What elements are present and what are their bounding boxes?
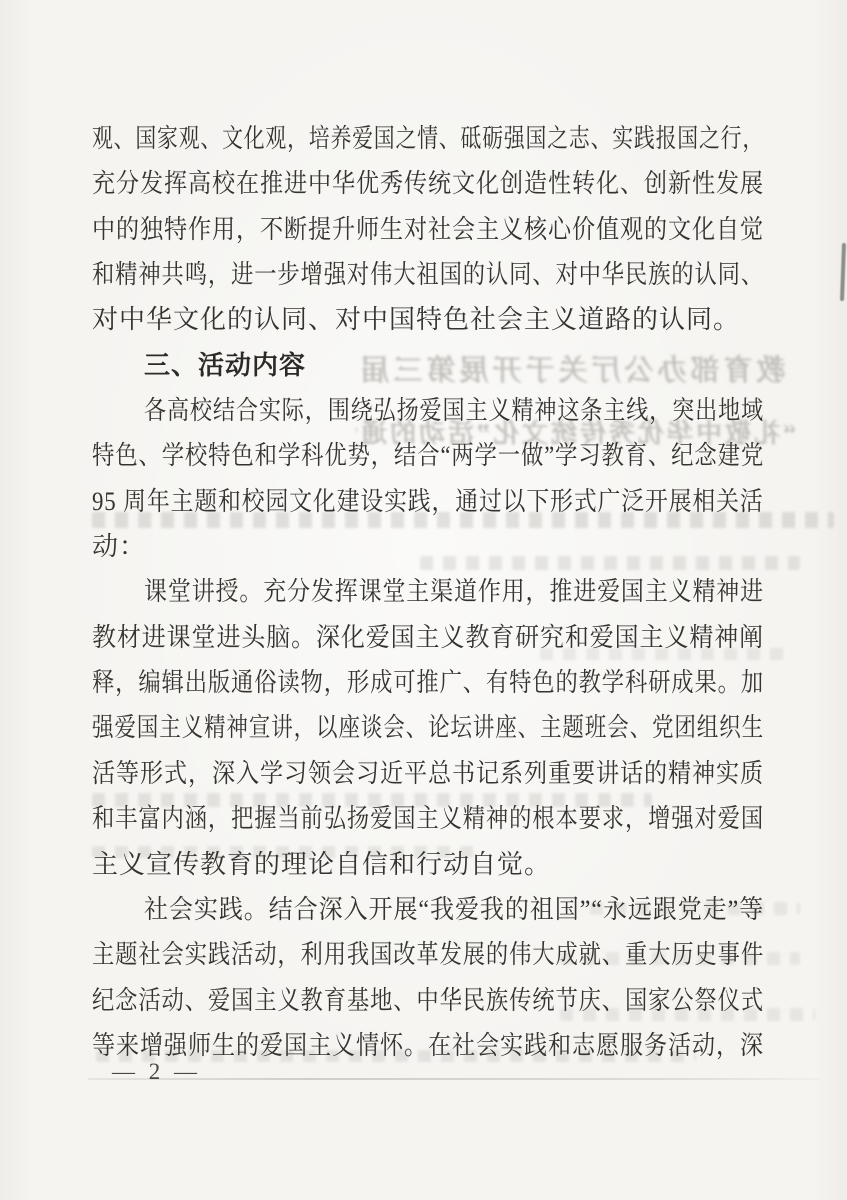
document-body: 观、国家观、文化观，培养爱国之情、砥砺强国之志、实践报国之行， 充分发挥高校在推… [92,116,764,1068]
text-line: 充分发挥高校在推进中华优秀传统文化创造性转化、创新性发展 [92,161,764,206]
text-line: 95 周年主题和校园文化建设实践，通过以下形式广泛开展相关活 [92,479,764,524]
text-line: 社会实践。结合深入开展“我爱我的祖国”“永远跟党走”等 [92,887,764,932]
text-line: 对中华文化的认同、对中国特色社会主义道路的认同。 [92,297,764,342]
text-line: 各高校结合实际，围绕弘扬爱国主义精神这条主线，突出地域 [92,388,764,433]
section-heading: 三、活动内容 [92,343,764,388]
text-line: 强爱国主义精神宣讲，以座谈会、论坛讲座、主题班会、党团组织生 [92,705,764,750]
text-line: 和丰富内涵，把握当前弘扬爱国主义精神的根本要求，增强对爱国 [92,796,764,841]
text-line: 教材进课堂进头脑。深化爱国主义教育研究和爱国主义精神阐 [92,615,764,660]
text-line: 活等形式，深入学习领会习近平总书记系列重要讲话的精神实质 [92,751,764,796]
text-line: 观、国家观、文化观，培养爱国之情、砥砺强国之志、实践报国之行， [92,116,764,161]
page-number: — 2 — [112,1052,201,1092]
text-line: 中的独特作用，不断提升师生对社会主义核心价值观的文化自觉 [92,207,764,252]
text-line: 和精神共鸣，进一步增强对伟大祖国的认同、对中华民族的认同、 [92,252,764,297]
text-line: 动： [92,524,764,569]
text-line: 特色、学校特色和学科优势，结合“两学一做”学习教育、纪念建党 [92,433,764,478]
text-line: 主义宣传教育的理论自信和行动自觉。 [92,842,764,887]
text-line: 释，编辑出版通俗读物，形成可推广、有特色的教学科研成果。加 [92,660,764,705]
text-line: 纪念活动、爱国主义教育基地、中华民族传统节庆、国家公祭仪式 [92,978,764,1023]
text-line: 课堂讲授。充分发挥课堂主渠道作用，推进爱国主义精神进 [92,569,764,614]
text-line: 主题社会实践活动，利用我国改革发展的伟大成就、重大历史事件 [92,932,764,977]
